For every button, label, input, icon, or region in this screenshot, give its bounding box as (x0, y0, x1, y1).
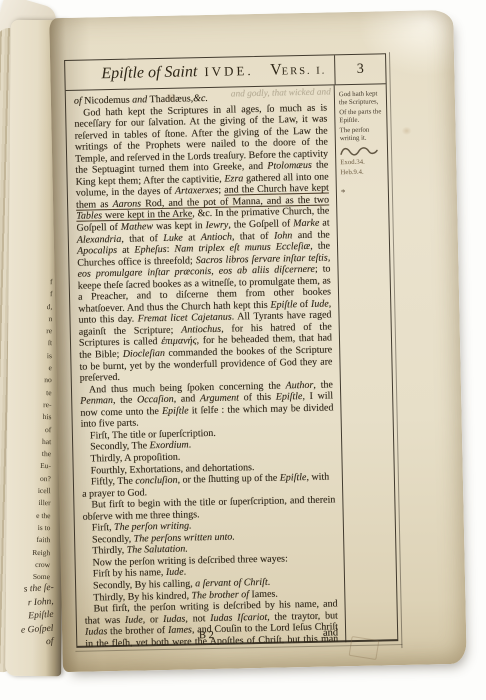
title-caps: IVDE. (204, 63, 254, 80)
page-title: Epiſtle of Saint IVDE. VERS. I. (65, 55, 335, 90)
page-fragment: is to (6, 522, 62, 535)
book-page: Epiſtle of Saint IVDE. VERS. I. 3 and go… (49, 10, 467, 672)
scripture-reference: Heb.9.4. (340, 169, 385, 178)
page-fragment: Eu- (7, 460, 63, 473)
printed-frame: Epiſtle of Saint IVDE. VERS. I. 3 and go… (64, 53, 398, 648)
ink-squiggle-mark (340, 145, 378, 158)
page-fragment: te (8, 386, 64, 399)
page-fragment: the (7, 448, 63, 461)
main-column-blocks: of Nicodemus and Thaddæus,&c.God hath ke… (74, 91, 339, 648)
scripture-reference: Exod.34. (340, 159, 385, 168)
title-italic: Epiſtle of Saint (101, 63, 197, 83)
page-number: 3 (334, 54, 386, 84)
marginal-note: Of the parts the Epiſtle. (339, 108, 384, 124)
page-body: and godly, that wicked and of Nicodemus … (66, 84, 398, 648)
page-fragment: of (7, 423, 63, 436)
text-block: And thus much being ſpoken concerning th… (80, 379, 334, 430)
page-fragment: of (5, 636, 62, 653)
page-fragment: faith (6, 534, 62, 547)
marginal-note: The perſon writing it. (340, 126, 385, 142)
verse-label: VERS. I. (270, 61, 327, 80)
page-fragment: no (8, 374, 64, 387)
page-fragment: icell (7, 485, 63, 498)
signature-mark: B 2 (199, 630, 214, 642)
asterisk-mark: * (341, 188, 386, 197)
page-fragment: hat (7, 436, 63, 449)
page-fragment: crow (6, 559, 62, 572)
page-fragment: e the (6, 509, 62, 522)
text-block: God hath kept the Scriptures in all ages… (74, 102, 333, 384)
verse-initial: V (270, 61, 282, 78)
page-fragment: Reigh (6, 546, 62, 559)
page-fragment: on? (7, 473, 63, 486)
page-fragment: re- (7, 399, 63, 412)
paper-flaw-mark (349, 636, 380, 660)
verse-rest: ERS. I. (282, 66, 327, 78)
page-fragment: iller (7, 497, 63, 510)
page-fragment: his (7, 411, 63, 424)
book-photo: ffd,nreſtisenotere-hisofhattheEu-on?icel… (0, 0, 486, 700)
marginal-note: God hath kept the Scriptures, (339, 90, 384, 106)
catchword: and (323, 627, 338, 639)
main-column: and godly, that wicked and of Nicodemus … (66, 85, 346, 647)
